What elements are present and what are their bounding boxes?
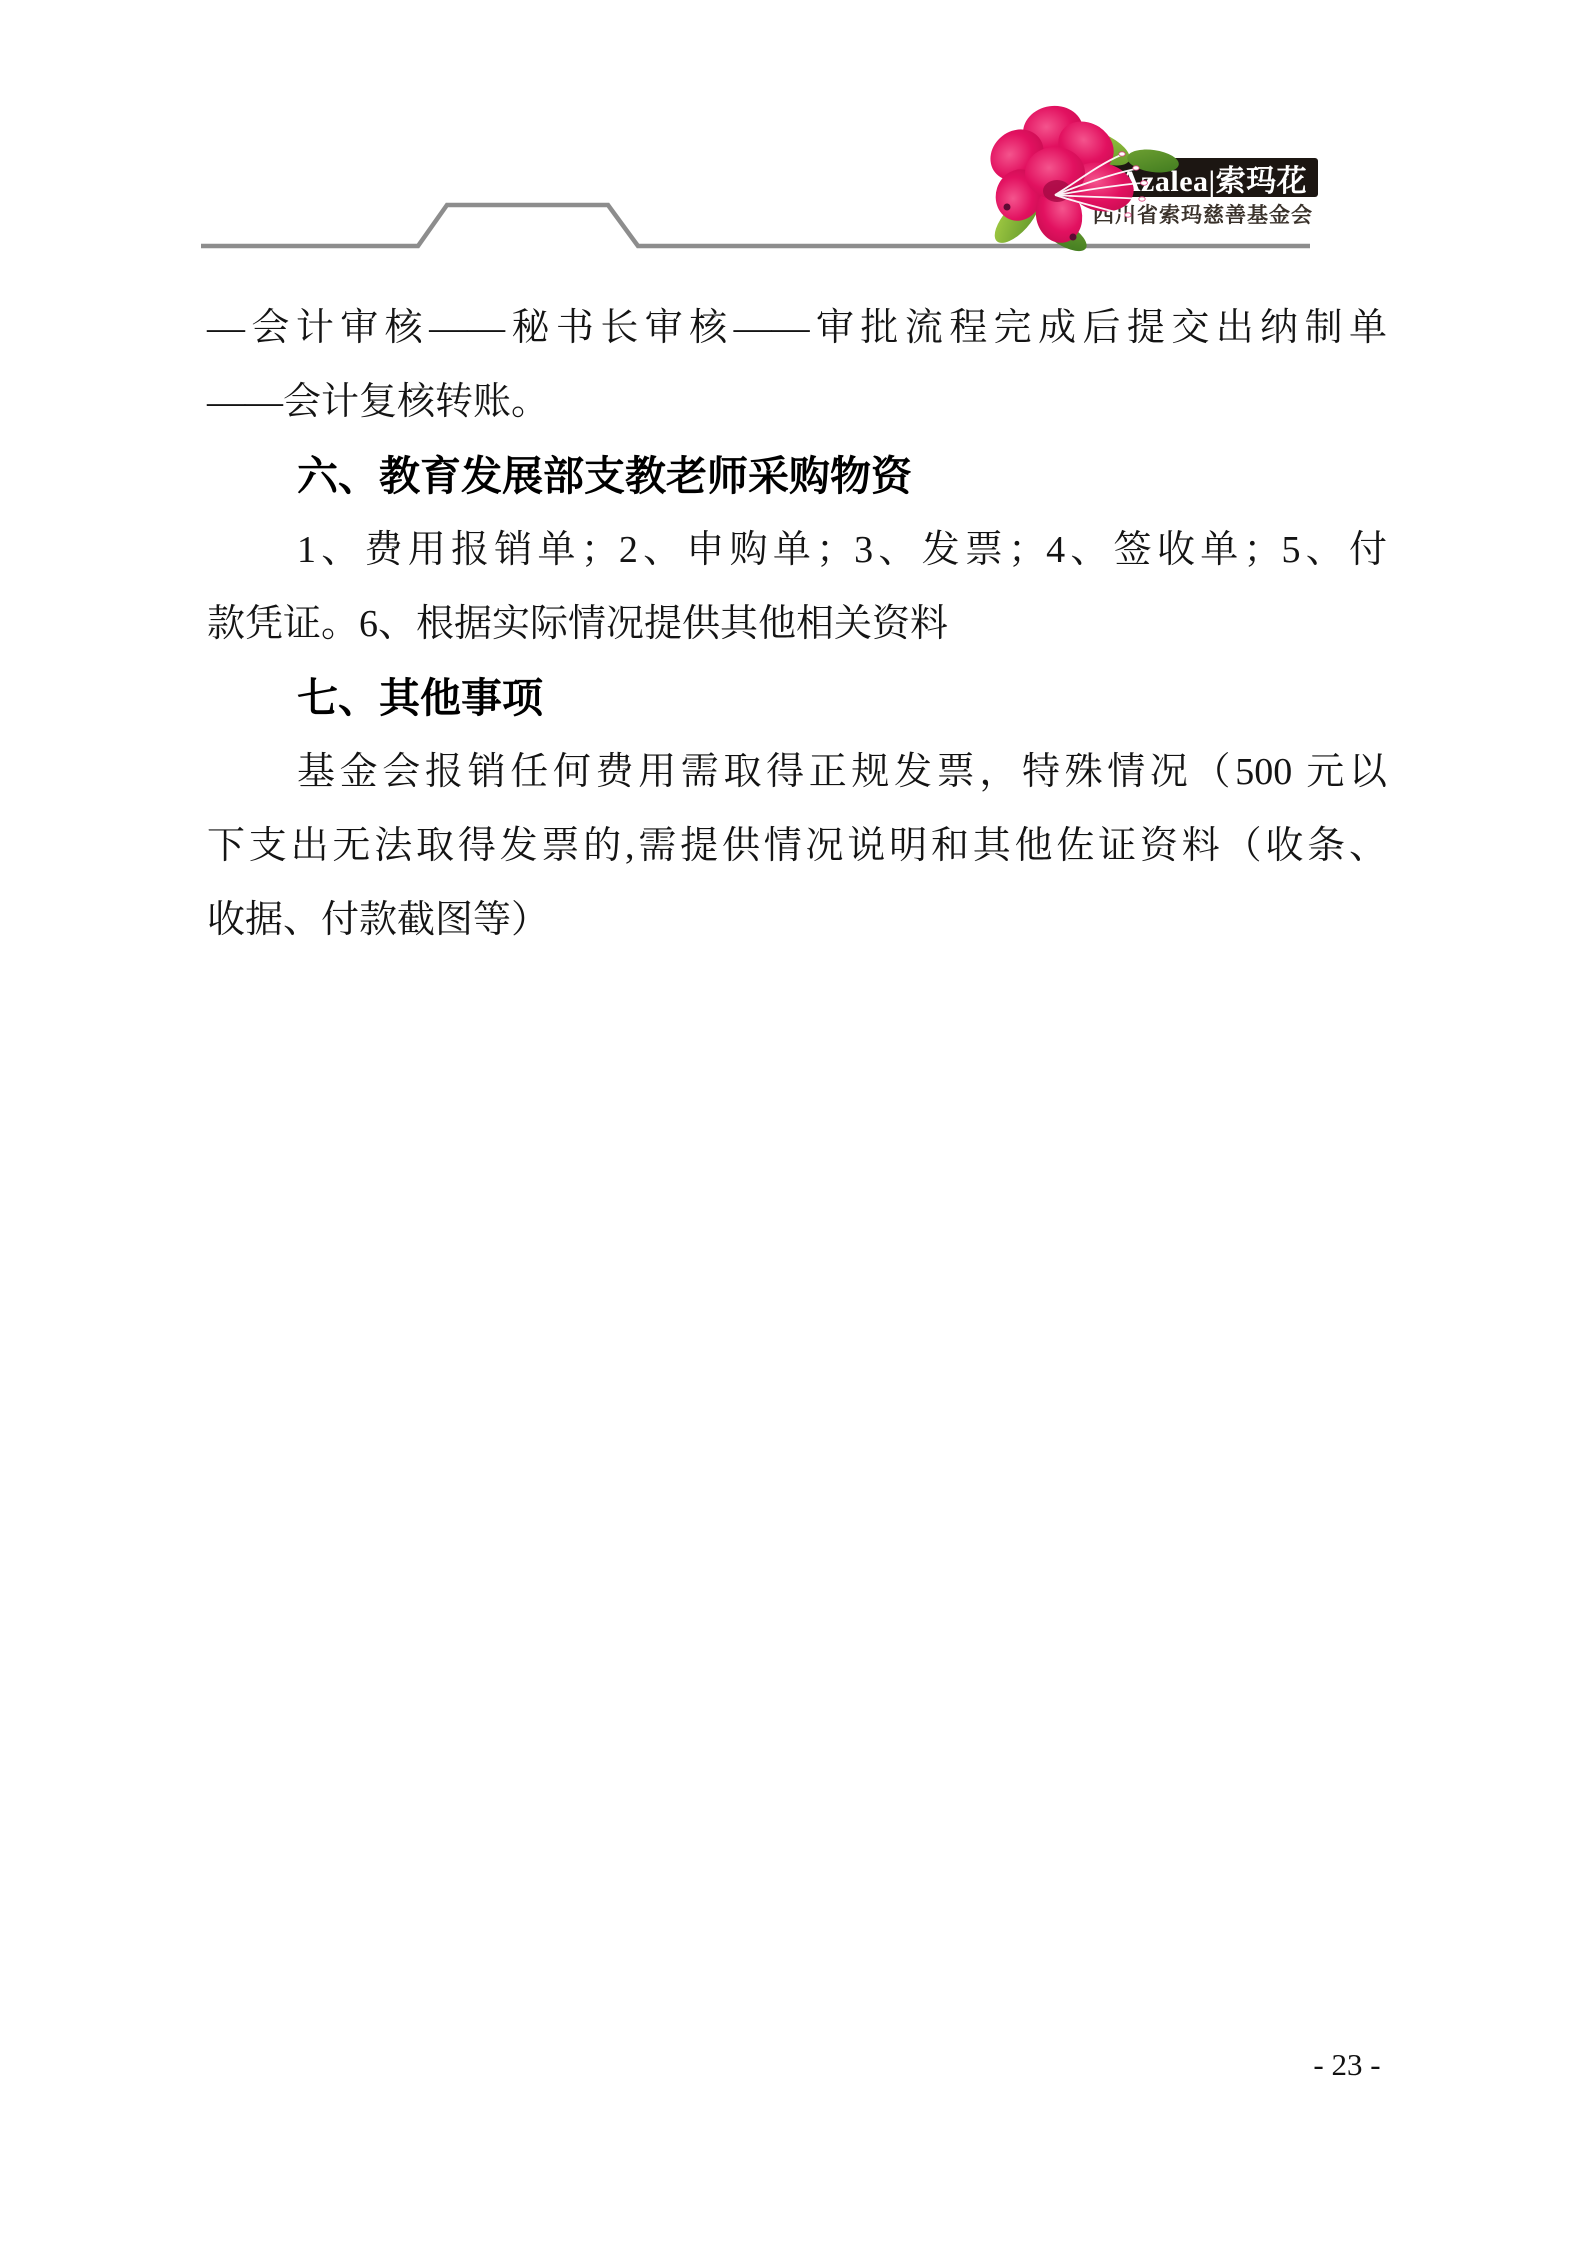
azalea-flower-icon <box>983 103 1195 255</box>
text-line-materials-list-2: 款凭证。6、根据实际情况提供其他相关资料 <box>207 587 1387 661</box>
document-page: Azalea|索玛花 四川省索玛慈善基金会 <box>0 0 1587 2245</box>
text-line-materials-list: 1、费用报销单；2、申购单；3、发票；4、签收单；5、付 <box>207 513 1387 587</box>
section-heading-7: 七、其他事项 <box>207 661 1387 735</box>
section-heading-6: 六、教育发展部支教老师采购物资 <box>207 439 1387 513</box>
body-text: —会计审核——秘书长审核——审批流程完成后提交出纳制单 ——会计复核转账。 六、… <box>207 291 1387 957</box>
text-line-other-3: 收据、付款截图等） <box>207 883 1387 957</box>
text-line-approval-flow: —会计审核——秘书长审核——审批流程完成后提交出纳制单 <box>207 291 1387 365</box>
text-line-approval-flow-2: ——会计复核转账。 <box>207 365 1387 439</box>
page-number: - 23 - <box>1297 2047 1397 2083</box>
text-line-other-2: 下支出无法取得发票的,需提供情况说明和其他佐证资料（收条、 <box>207 809 1387 883</box>
header-rule <box>0 0 1587 300</box>
text-line-other-1: 基金会报销任何费用需取得正规发票，特殊情况（500 元以 <box>207 735 1387 809</box>
